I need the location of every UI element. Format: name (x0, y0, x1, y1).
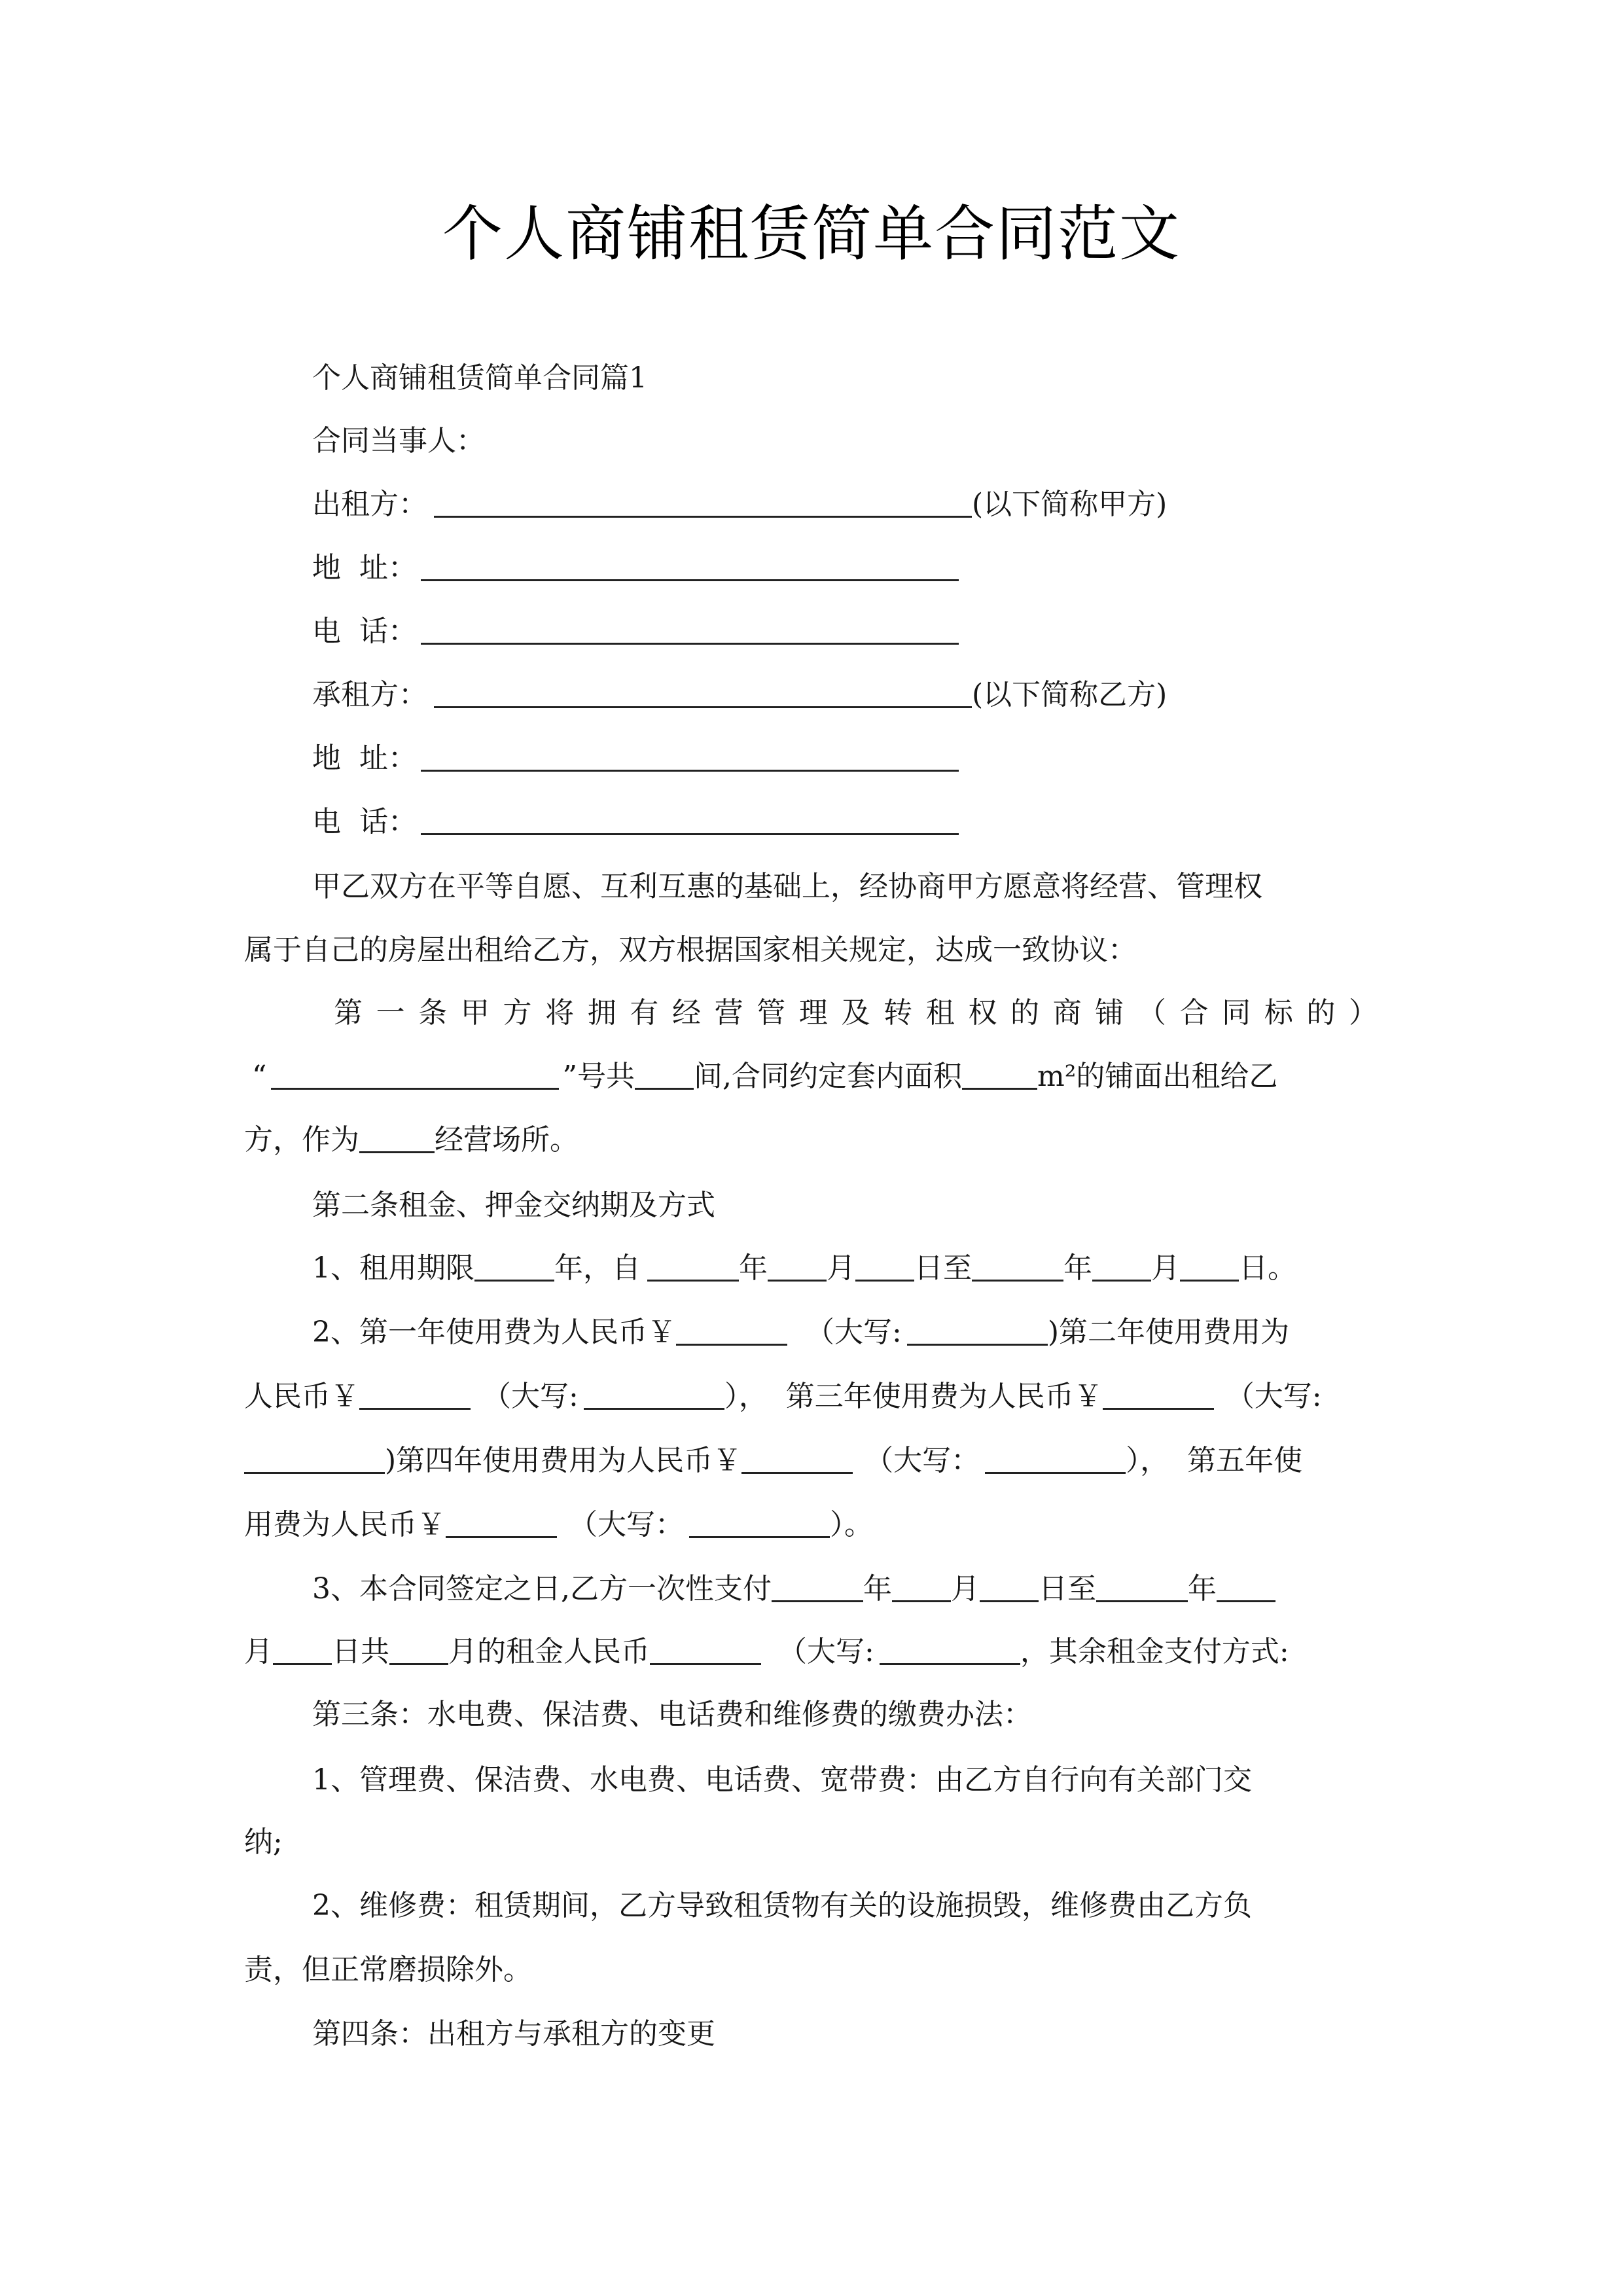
article3-item2-line2: 责，但正常磨损除外。 (244, 1950, 1380, 1990)
text: （大写: (778, 1635, 874, 1668)
text: （大写: (1226, 1380, 1322, 1413)
lessee-name-blank[interactable] (434, 677, 972, 708)
contract-subtitle: 个人商铺租赁简单合同篇1 (312, 359, 1380, 398)
text: 人民币￥ (244, 1380, 359, 1413)
year4-fee-words-blank[interactable] (985, 1443, 1126, 1474)
end-month-blank[interactable] (1092, 1251, 1151, 1282)
char: 拥 (588, 994, 616, 1033)
year3-fee-words-blank[interactable] (244, 1443, 385, 1474)
article2-item3-line2: 月日共月的租金人民币（大写:，其余租金支付方式: (244, 1632, 1380, 1672)
text: 日。 (1239, 1251, 1296, 1285)
article3-item1-line1: 1、管理费、保洁费、水电费、电话费、宽带费：由乙方自行向有关部门交 (312, 1761, 1380, 1800)
lessee-row: 承租方：(以下简称乙方) (312, 675, 1380, 715)
char: 同 (1222, 994, 1251, 1033)
lessor-phone-row: 电 话： (312, 612, 1380, 651)
prepay-end-day-blank[interactable] (273, 1634, 332, 1665)
prepay-end-month-blank[interactable] (1217, 1571, 1275, 1602)
char: 权 (968, 994, 997, 1033)
text: ）， 第五年使 (1126, 1444, 1302, 1477)
text: 年，自 (554, 1251, 641, 1285)
article2-item2-line3: )第四年使用费用为人民币￥（大写：）， 第五年使 (244, 1441, 1380, 1480)
char: （ (1137, 994, 1166, 1033)
text: 2、第一年使用费为人民币￥ (312, 1316, 676, 1349)
article2-item3-line1: 3、本合同签定之日,乙方一次性支付年月日至年 (312, 1570, 1380, 1609)
prepay-start-month-blank[interactable] (892, 1571, 951, 1602)
article2-item2-line2: 人民币￥（大写:）， 第三年使用费为人民币￥（大写: (244, 1377, 1380, 1416)
char: 第 (334, 994, 363, 1033)
text: 年 (863, 1572, 892, 1605)
article2-item2-line4: 用费为人民币￥（大写：）。 (244, 1505, 1380, 1545)
text: 用费为人民币￥ (244, 1508, 446, 1541)
lessor-label: 出租方： (312, 488, 427, 521)
year3-fee-blank[interactable] (1103, 1379, 1214, 1410)
char: 将 (545, 994, 574, 1033)
text: 月 (1151, 1251, 1180, 1285)
text: （大写: (482, 1380, 579, 1413)
char: 理 (799, 994, 828, 1033)
lessor-name-blank[interactable] (434, 487, 972, 518)
room-count-blank[interactable] (635, 1059, 694, 1090)
char: 合 (1180, 994, 1209, 1033)
char: 商 (1053, 994, 1082, 1033)
text: 日共 (332, 1635, 389, 1668)
lessor-phone-blank[interactable] (421, 614, 959, 645)
char: 租 (926, 994, 955, 1033)
start-day-blank[interactable] (855, 1251, 914, 1282)
preamble-line-1: 甲乙双方在平等自愿、互利互惠的基础上，经协商甲方愿意将经营、管理权 (312, 867, 1380, 906)
char: 标 (1264, 994, 1293, 1033)
char: 有 (630, 994, 658, 1033)
lessor-address-blank[interactable] (421, 550, 959, 581)
text: 间,合同约定套内面积 (694, 1060, 962, 1093)
char: 的 (1010, 994, 1039, 1033)
text: 日至 (914, 1251, 972, 1285)
lessee-address-label: 地 址： (312, 742, 417, 775)
text: 日至 (1039, 1572, 1096, 1605)
year5-fee-blank[interactable] (446, 1507, 557, 1538)
lessee-label: 承租方： (312, 678, 427, 711)
text: 年 (1063, 1251, 1092, 1285)
char: 及 (842, 994, 870, 1033)
article3-item2-line1: 2、维修费：租赁期间，乙方导致租赁物有关的设施损毁，维修费由乙方负 (312, 1886, 1380, 1926)
char: 营 (715, 994, 743, 1033)
start-month-blank[interactable] (768, 1251, 827, 1282)
article2-heading: 第二条租金、押金交纳期及方式 (312, 1186, 1380, 1225)
business-purpose-blank[interactable] (359, 1122, 435, 1153)
char: 经 (672, 994, 701, 1033)
quote-open: “ (252, 1060, 267, 1093)
year4-fee-blank[interactable] (741, 1443, 853, 1474)
end-day-blank[interactable] (1180, 1251, 1239, 1282)
char: 条 (418, 994, 447, 1033)
char: 管 (757, 994, 785, 1033)
char: 转 (883, 994, 912, 1033)
lessor-suffix: (以下简称甲方) (972, 488, 1167, 521)
prepay-end-year-blank[interactable] (1096, 1571, 1188, 1602)
article2-item2-line1: 2、第一年使用费为人民币￥（大写:)第二年使用费用为 (312, 1313, 1380, 1352)
char: 方 (503, 994, 532, 1033)
text: 方，作为 (244, 1123, 359, 1157)
article3-heading: 第三条：水电费、保洁费、电话费和维修费的缴费办法： (312, 1695, 1380, 1734)
area-blank[interactable] (962, 1059, 1037, 1090)
prepay-months-blank[interactable] (389, 1634, 448, 1665)
text: 3、本合同签定之日,乙方一次性支付 (312, 1572, 772, 1605)
lessor-address-row: 地 址： (312, 548, 1380, 588)
prepay-start-year-blank[interactable] (772, 1571, 863, 1602)
year1-fee-words-blank[interactable] (907, 1315, 1048, 1346)
text: ”号共 (563, 1060, 635, 1093)
lessor-address-label: 地 址： (312, 551, 417, 584)
text: 月的租金人民币 (448, 1635, 650, 1668)
year2-fee-words-blank[interactable] (584, 1379, 724, 1410)
char: 一 (376, 994, 405, 1033)
text: 年 (739, 1251, 768, 1285)
prepay-start-day-blank[interactable] (980, 1571, 1039, 1602)
char: 的 (1306, 994, 1335, 1033)
lessee-suffix: (以下简称乙方) (972, 678, 1167, 711)
article2-item1: 1、租用期限年，自年月日至年月日。 (312, 1249, 1380, 1288)
lessor-phone-label: 电 话： (312, 615, 417, 648)
char: 铺 (1095, 994, 1124, 1033)
lessee-address-row: 地 址： (312, 739, 1380, 778)
lessor-row: 出租方：(以下简称甲方) (312, 485, 1380, 524)
year1-fee-blank[interactable] (676, 1315, 787, 1346)
preamble-line-2: 属于自己的房屋出租给乙方，双方根据国家相关规定，达成一致协议： (244, 931, 1380, 970)
article4-heading: 第四条：出租方与承租方的变更 (312, 2015, 1380, 2054)
text: 年 (1188, 1572, 1217, 1605)
shop-number-blank[interactable] (271, 1059, 559, 1090)
term-years-blank[interactable] (474, 1251, 554, 1282)
prepay-amount-words-blank[interactable] (880, 1634, 1020, 1665)
article3-item1-line2: 纳; (244, 1823, 1380, 1862)
text: （大写： (569, 1508, 684, 1541)
char: ） (1349, 994, 1378, 1033)
article1-line-3: 方，作为经营场所。 (244, 1121, 1380, 1160)
lessee-phone-label: 电 话： (312, 805, 417, 838)
text: ，其余租金支付方式: (1020, 1635, 1289, 1668)
text: （大写： (865, 1444, 980, 1477)
article1-line-1: 第 一 条 甲 方 将 拥 有 经 营 管 理 及 转 租 权 的 商 铺 （ … (334, 994, 1378, 1033)
text: 1、租用期限 (312, 1251, 474, 1285)
lessee-phone-blank[interactable] (421, 804, 959, 835)
text: ）， 第三年使用费为人民币￥ (724, 1380, 1103, 1413)
char: 甲 (461, 994, 490, 1033)
lessee-phone-row: 电 话： (312, 802, 1380, 842)
text: 月 (244, 1635, 273, 1668)
start-year-blank[interactable] (647, 1251, 739, 1282)
text: 月 (951, 1572, 980, 1605)
text: 月 (827, 1251, 855, 1285)
text: （大写: (806, 1316, 902, 1349)
text: m²的铺面出租给乙 (1037, 1060, 1277, 1093)
end-year-blank[interactable] (972, 1251, 1063, 1282)
year2-fee-blank[interactable] (359, 1379, 471, 1410)
text: ）。 (830, 1508, 873, 1541)
text: )第四年使用费用为人民币￥ (385, 1444, 741, 1477)
text: )第二年使用费用为 (1048, 1316, 1289, 1349)
text: 经营场所。 (435, 1123, 579, 1157)
article1-line-2: “”号共间,合同约定套内面积m²的铺面出租给乙 (252, 1057, 1387, 1096)
document-title: 个人商铺租赁简单合同范文 (0, 195, 1623, 274)
prepay-amount-blank[interactable] (650, 1634, 761, 1665)
lessee-address-blank[interactable] (421, 741, 959, 772)
parties-label: 合同当事人： (312, 422, 1380, 461)
year5-fee-words-blank[interactable] (689, 1507, 830, 1538)
